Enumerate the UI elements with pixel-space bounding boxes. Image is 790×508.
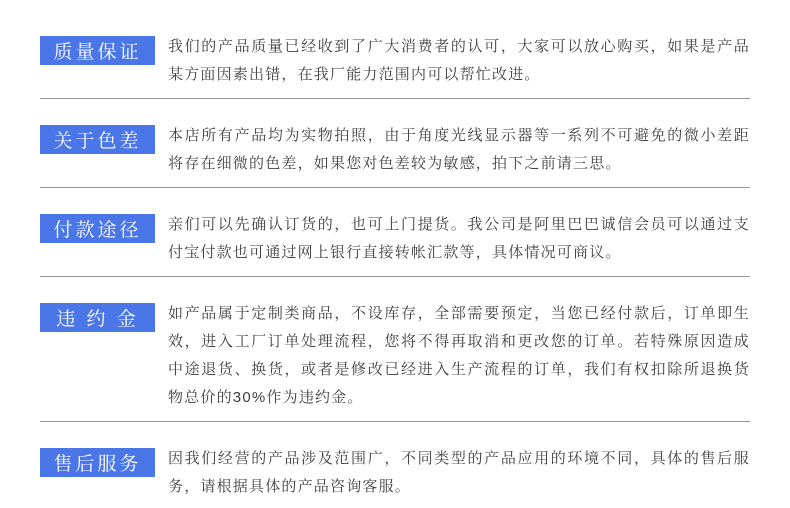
- notice-section-color-difference: 关于色差 本店所有产品均为实物拍照，由于角度光线显示器等一系列不可避免的微小差距…: [40, 122, 750, 178]
- notice-section-penalty: 违 约 金 如产品属于定制类商品，不设库存，全部需要预定，当您已经付款后，订单即…: [40, 300, 750, 412]
- notice-section-after-sales: 售后服务 因我们经营的产品涉及范围广，不同类型的产品应用的环境不同，具体的售后服…: [40, 445, 750, 501]
- section-text: 亲们可以先确认订货的，也可上门提货。我公司是阿里巴巴诚信会员可以通过支付宝付款也…: [168, 211, 750, 267]
- section-label: 付款途径: [53, 215, 141, 242]
- section-text: 因我们经营的产品涉及范围广，不同类型的产品应用的环境不同，具体的售后服务，请根据…: [168, 445, 750, 501]
- section-label: 售后服务: [53, 449, 141, 476]
- section-label-badge: 付款途径: [40, 214, 155, 243]
- section-label-badge: 售后服务: [40, 448, 155, 477]
- section-divider: [40, 98, 750, 99]
- section-label: 质量保证: [53, 37, 141, 64]
- section-text: 本店所有产品均为实物拍照，由于角度光线显示器等一系列不可避免的微小差距将存在细微…: [168, 122, 750, 178]
- store-policy-notice-panel: 质量保证 我们的产品质量已经收到了广大消费者的认可，大家可以放心购买，如果是产品…: [0, 0, 790, 508]
- section-divider: [40, 421, 750, 422]
- section-text: 我们的产品质量已经收到了广大消费者的认可，大家可以放心购买，如果是产品某方面因素…: [168, 33, 750, 89]
- section-label-badge: 关于色差: [40, 125, 155, 154]
- notice-section-payment: 付款途径 亲们可以先确认订货的，也可上门提货。我公司是阿里巴巴诚信会员可以通过支…: [40, 211, 750, 267]
- section-label-badge: 质量保证: [40, 36, 155, 65]
- section-divider: [40, 187, 750, 188]
- notice-section-quality: 质量保证 我们的产品质量已经收到了广大消费者的认可，大家可以放心购买，如果是产品…: [40, 33, 750, 89]
- section-label-badge: 违 约 金: [40, 303, 155, 332]
- section-label: 关于色差: [53, 126, 141, 153]
- section-text: 如产品属于定制类商品，不设库存，全部需要预定，当您已经付款后，订单即生效，进入工…: [168, 300, 750, 412]
- section-label: 违 约 金: [56, 304, 139, 331]
- section-divider: [40, 276, 750, 277]
